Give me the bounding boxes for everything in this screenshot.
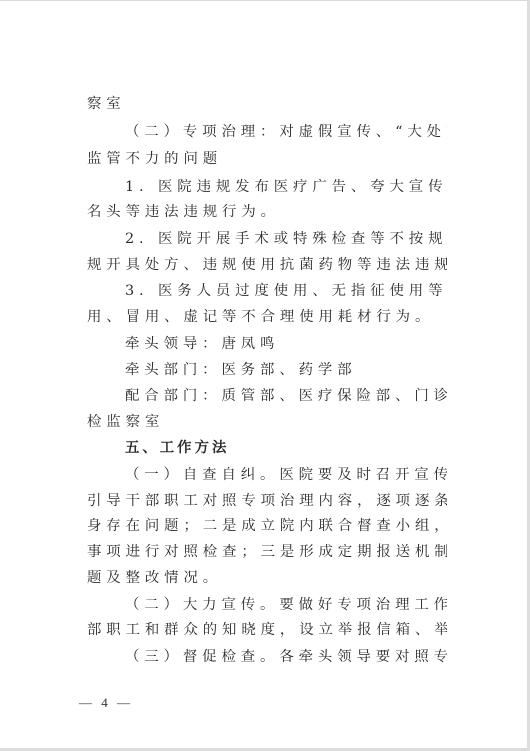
method-publicity: （二）大力宣传。要做好专项治理工作的宣传，提高广大干 [87,596,447,614]
lead-leader: 牵头领导：唐凤鸣 [87,335,447,353]
list-item-2: 2. 医院开展手术或特殊检查等不按规定履行告知义务、违 [87,230,447,248]
section-heading-work-methods: 五、工作方法 [87,439,447,457]
method-self-inspection: （一）自查自纠。医院要及时召开宣传动员大会，一是教育 [87,466,447,484]
text-line: 规开具处方、违规使用抗菌药物等违法违规行为。 [87,256,447,274]
text-line: 察室 [87,95,447,113]
list-item-3: 3. 医务人员过度使用、无指征使用等不合理用药行为，滥 [87,282,447,300]
cooperating-departments: 配合部门：质管部、医疗保险部、门诊部、宣传统战部、纪 [87,387,447,405]
document-page: 察室 （二）专项治理：对虚假宣传、“大处方泛耗材”、过度医疗 监管不力的问题 1… [0,0,530,751]
text-line: 身存在问题；二是成立院内联合督查小组，针对重点科室、重点 [87,517,447,535]
lead-department: 牵头部门：医务部、药学部 [87,361,447,379]
page-number: — 4 — [79,695,133,711]
text-line: 事项进行对照检查；三是形成定期报送机制，及时报送自查的问 [87,543,447,561]
section-heading-special-governance-2: （二）专项治理：对虚假宣传、“大处方泛耗材”、过度医疗 [87,123,447,141]
method-supervision: （三）督促检查。各牵头领导要对照专项治理的内容，定期 [87,648,447,666]
list-item-1: 1. 医院违规发布医疗广告、夸大宣传治疗效果、虚挂“专家” [87,178,447,196]
text-line: 部职工和群众的知晓度，设立举报信箱、举报电话。 [87,621,447,639]
text-line: 引导干部职工对照专项治理内容，逐项逐条，严肃认真地查找自 [87,492,447,510]
text-line: 名头等违法违规行为。 [87,203,447,221]
text-line: 用、冒用、虚记等不合理使用耗材行为。 [87,308,447,326]
text-line: 监管不力的问题 [87,150,447,168]
text-line: 检监察室 [87,413,447,431]
text-line: 题及整改情况。 [87,569,447,587]
